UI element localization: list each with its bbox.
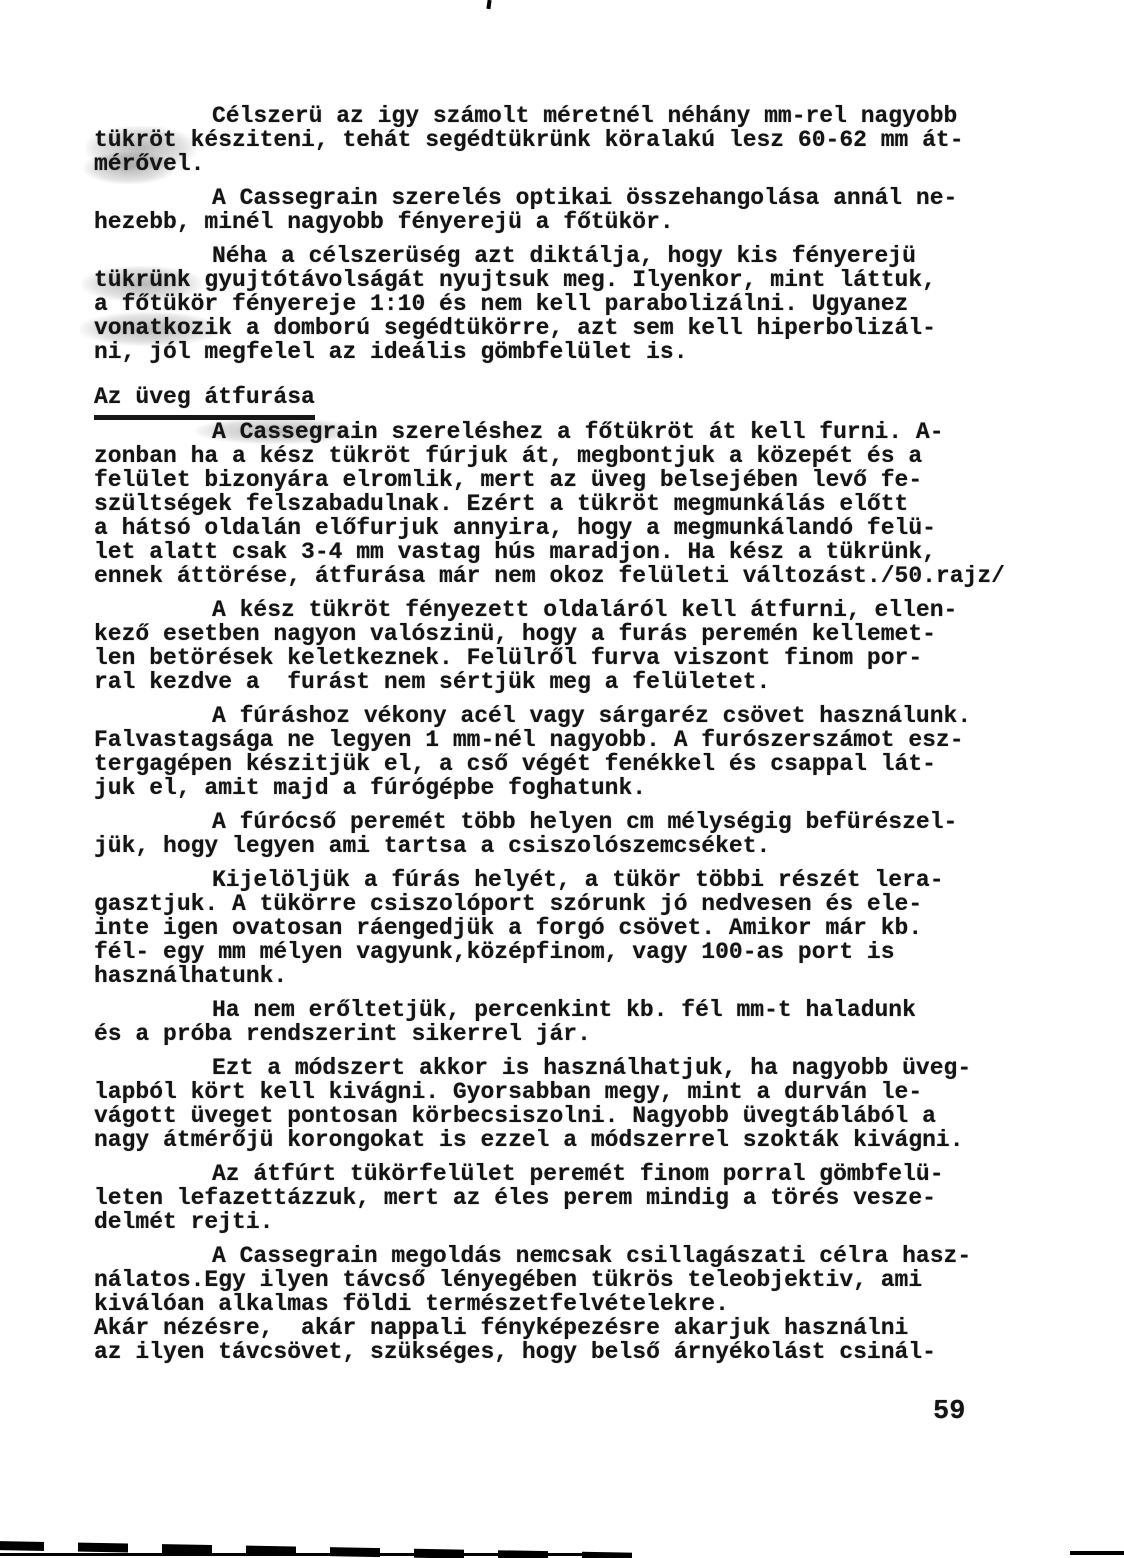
paragraph: Ha nem erőltetjük, percenkint kb. fél mm… — [94, 998, 1044, 1046]
text-line: let alatt csak 3-4 mm vastag hús maradjo… — [94, 540, 1044, 564]
text-line: a főtükör fényereje 1:10 és nem kell par… — [94, 292, 1044, 316]
text-line: kiválóan alkalmas földi természetfelvéte… — [94, 1292, 1044, 1316]
text-line: len betörések keletkeznek. Felülről furv… — [94, 646, 1044, 670]
paragraph: Kijelöljük a fúrás helyét, a tükör többi… — [94, 868, 1044, 988]
text-line: zonban ha a kész tükröt fúrjuk át, megbo… — [94, 444, 1044, 468]
text-line: delmét rejti. — [94, 1210, 1044, 1234]
paragraph: A Cassegrain szerelés optikai összehango… — [94, 186, 1044, 234]
paragraph: Célszerü az igy számolt méretnél néhány … — [94, 104, 1044, 176]
text-line: leten lefazettázzuk, mert az éles perem … — [94, 1186, 1044, 1210]
text-line: az ilyen távcsövet, szükséges, hogy bels… — [94, 1340, 1044, 1364]
text-line: hezebb, minél nagyobb fényerejü a főtükö… — [94, 210, 1044, 234]
scan-line-artifact-bottom-left — [0, 1553, 630, 1556]
paragraph: Néha a célszerüség azt diktálja, hogy ki… — [94, 244, 1044, 364]
scan-line-artifact-bottom-right — [1070, 1551, 1124, 1555]
text-line: A Cassegrain megoldás nemcsak csillagász… — [94, 1244, 1044, 1268]
text-line: A fúrócső peremét több helyen cm mélység… — [94, 810, 1044, 834]
text-line: tergagépen készitjük el, a cső végét fen… — [94, 752, 1044, 776]
text-line: tükrünk gyujtótávolságát nyujtsuk meg. I… — [94, 268, 1044, 292]
text-line: Néha a célszerüség azt diktálja, hogy ki… — [94, 244, 1044, 268]
text-line: ni, jól megfelel az ideális gömbfelület … — [94, 340, 1044, 364]
text-line: használhatunk. — [94, 964, 1044, 988]
text-line: felület bizonyára elromlik, mert az üveg… — [94, 468, 1044, 492]
text-line: Kijelöljük a fúrás helyét, a tükör többi… — [94, 868, 1044, 892]
text-line: szültségek felszabadulnak. Ezért a tükrö… — [94, 492, 1044, 516]
paragraph: A fúráshoz vékony acél vagy sárgaréz csö… — [94, 704, 1044, 800]
text-line: lapból kört kell kivágni. Gyorsabban meg… — [94, 1080, 1044, 1104]
document-page: Célszerü az igy számolt méretnél néhány … — [0, 0, 1124, 1558]
text-line: tükröt késziteni, tehát segédtükrünk kör… — [94, 128, 1044, 152]
scan-mark-top — [486, 0, 491, 9]
text-line: Akár nézésre, akár nappali fényképezésre… — [94, 1316, 1044, 1340]
paragraph: A Cassegrain megoldás nemcsak csillagász… — [94, 1244, 1044, 1364]
text-line: a hátsó oldalán előfurjuk annyira, hogy … — [94, 516, 1044, 540]
text-line: ennek áttörése, átfurása már nem okoz fe… — [94, 564, 1044, 588]
paragraph: A Cassegrain szereléshez a főtükröt át k… — [94, 420, 1044, 588]
text-line: inte igen ovatosan ráengedjük a forgó cs… — [94, 916, 1044, 940]
text-line: juk el, amit majd a fúrógépbe foghatunk. — [94, 776, 1044, 800]
text-line: Ha nem erőltetjük, percenkint kb. fél mm… — [94, 998, 1044, 1022]
paragraph: A kész tükröt fényezett oldaláról kell á… — [94, 598, 1044, 694]
text-line: nagy átmérőjü korongokat is ezzel a móds… — [94, 1128, 1044, 1152]
text-line: vágott üveget pontosan körbecsiszolni. N… — [94, 1104, 1044, 1128]
text-line: A Cassegrain szereléshez a főtükröt át k… — [94, 420, 1044, 444]
text-line: és a próba rendszerint sikerrel jár. — [94, 1022, 1044, 1046]
text-line: nálatos.Egy ilyen távcső lényegében tükr… — [94, 1268, 1044, 1292]
page-number: 59 — [933, 1398, 965, 1426]
text-line: A kész tükröt fényezett oldaláról kell á… — [94, 598, 1044, 622]
document-body: Célszerü az igy számolt méretnél néhány … — [94, 104, 1044, 1364]
text-line: kező esetben nagyon valószinü, hogy a fu… — [94, 622, 1044, 646]
text-line: Az átfúrt tükörfelület peremét finom por… — [94, 1162, 1044, 1186]
text-line: jük, hogy legyen ami tartsa a csiszolósz… — [94, 834, 1044, 858]
paragraph: Az átfúrt tükörfelület peremét finom por… — [94, 1162, 1044, 1234]
text-line: fél- egy mm mélyen vagyunk,középfinom, v… — [94, 940, 1044, 964]
section-heading: Az üveg átfurása — [94, 385, 315, 420]
text-line: A fúráshoz vékony acél vagy sárgaréz csö… — [94, 704, 1044, 728]
text-line: ral kezdve a furást nem sértjük meg a fe… — [94, 670, 1044, 694]
text-line: Ezt a módszert akkor is használhatjuk, h… — [94, 1056, 1044, 1080]
text-line: vonatkozik a domború segédtükörre, azt s… — [94, 316, 1044, 340]
text-line: A Cassegrain szerelés optikai összehango… — [94, 186, 1044, 210]
text-line: gasztjuk. A tükörre csiszolóport szórunk… — [94, 892, 1044, 916]
paragraph: A fúrócső peremét több helyen cm mélység… — [94, 810, 1044, 858]
text-line: Falvastagsága ne legyen 1 mm-nél nagyobb… — [94, 728, 1044, 752]
text-line: Célszerü az igy számolt méretnél néhány … — [94, 104, 1044, 128]
text-line: mérővel. — [94, 152, 1044, 176]
paragraph: Ezt a módszert akkor is használhatjuk, h… — [94, 1056, 1044, 1152]
